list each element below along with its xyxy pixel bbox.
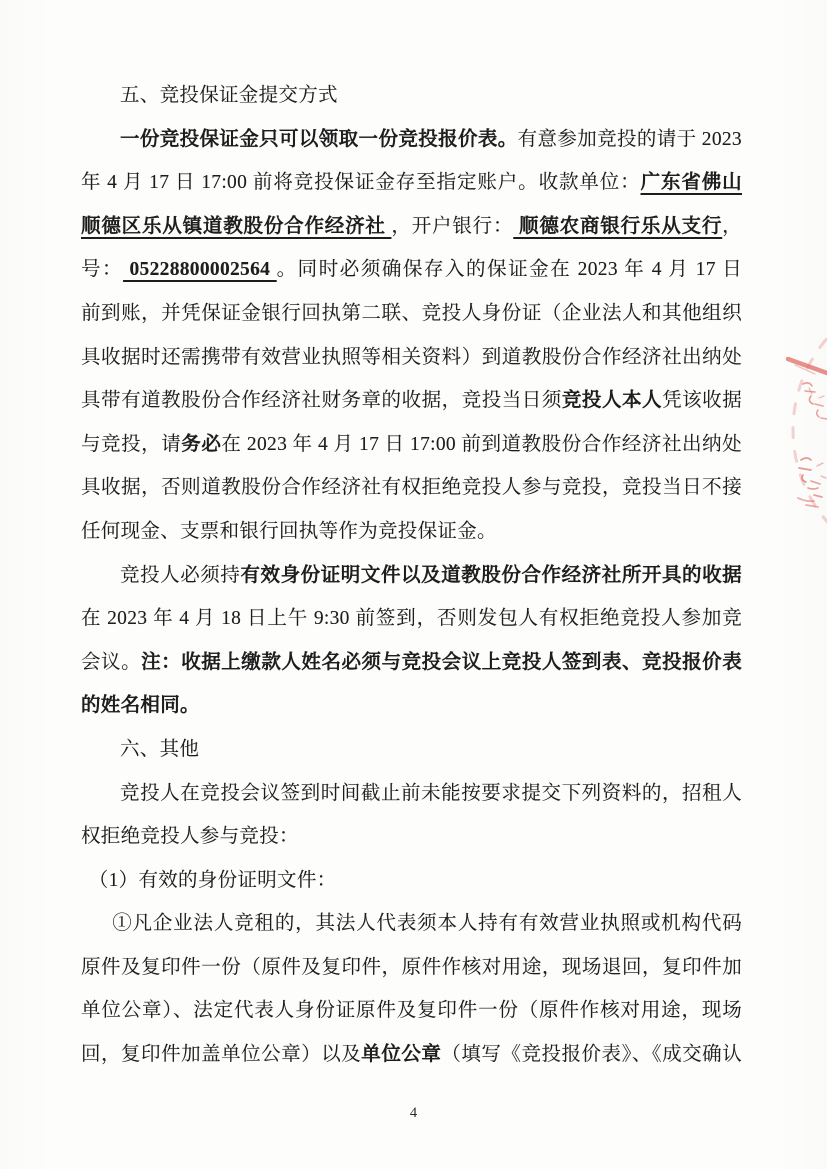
text-line: 单位公章）、法定代表人身份证原件及复印件一份（原件作核对用途，现场退 [81, 989, 742, 1033]
text-segment: 单位公章）、法定代表人身份证原件及复印件一份（原件作核对用途，现场退 [81, 1000, 742, 1033]
text-segment: 有效身份证明文件以及道教股份合作经济社所开具的收据 [240, 565, 742, 586]
text-segment: ，开户银行： [391, 216, 513, 237]
text-segment: 会议。 [81, 652, 141, 673]
text-segment: 注：收据上缴款人姓名必须与竞投会议上竞投人签到表、竞投报价表上 [81, 652, 742, 685]
text-line: 前到账，并凭保证金银行回执第二联、竞投人身份证（企业法人和其他组织开 [81, 292, 742, 336]
text-line: 任何现金、支票和银行回执等作为竞投保证金。 [81, 510, 742, 554]
text-segment: 具带有道教股份合作经济社财务章的收据，竞投当日须 [81, 390, 562, 411]
text-segment: 在 2023 年 4 月 18 日上午 9:30 前签到，否则发包人有权拒绝竞投… [81, 608, 742, 641]
red-seal-fragment-icon [781, 338, 827, 524]
text-line: 与竞投，请务必在 2023 年 4 月 17 日 17:00 前到道教股份合作经… [81, 423, 742, 467]
text-segment: 竞投人本人 [562, 390, 662, 411]
text-segment: 权拒绝竞投人参与竞投： [81, 826, 299, 847]
text-line: ①凡企业法人竞租的，其法人代表须本人持有有效营业执照或机构代码证 [81, 902, 742, 946]
text-segment: ①凡企业法人竞租的，其法人代表须本人持有有效营业执照或机构代码证 [112, 913, 742, 946]
text-segment: 顺德区乐从镇道教股份合作经济社 [81, 216, 391, 237]
text-line: 具带有道教股份合作经济社财务章的收据，竞投当日须竞投人本人凭该收据参 [81, 379, 742, 423]
text-segment: 具收据时还需携带有效营业执照等相关资料）到道教股份合作经济社出纳处开 [81, 347, 742, 380]
text-segment: 六、其他 [120, 739, 199, 760]
text-segment: 05228800002564 [123, 259, 277, 280]
text-segment: 号： [81, 259, 123, 280]
text-segment: 单位公章 [361, 1044, 441, 1065]
text-segment: 与竞投，请 [81, 434, 181, 455]
text-segment: 有意参加竞投的请于 2023 [518, 129, 742, 150]
text-line: 顺德区乐从镇道教股份合作经济社 ，开户银行： 顺德农商银行乐从支行，账 [81, 205, 742, 249]
text-line: 竞投人在竞投会议签到时间截止前未能按要求提交下列资料的，招租人有 [81, 772, 742, 816]
text-line: 一份竞投保证金只可以领取一份竞投报价表。有意参加竞投的请于 2023 [81, 118, 742, 162]
text-segment: 任何现金、支票和银行回执等作为竞投保证金。 [81, 521, 497, 542]
text-segment: （1）有效的身份证明文件： [89, 870, 337, 891]
text-line: 具收据时还需携带有效营业执照等相关资料）到道教股份合作经济社出纳处开 [81, 336, 742, 380]
text-line: 回，复印件加盖单位公章）以及单位公章（填写《竞投报价表》、《成交确认书》 [81, 1033, 742, 1077]
document-body: 五、竞投保证金提交方式一份竞投保证金只可以领取一份竞投报价表。有意参加竞投的请于… [81, 74, 742, 1077]
text-line: 具收据，否则道教股份合作经济社有权拒绝竞投人参与竞投，竞投当日不接受 [81, 466, 742, 510]
text-line: 竞投人必须持有效身份证明文件以及道教股份合作经济社所开具的收据 [81, 554, 742, 598]
text-line: 六、其他 [81, 728, 742, 772]
text-segment: 回，复印件加盖单位公章）以及 [81, 1044, 361, 1065]
text-line: 原件及复印件一份（原件及复印件，原件作核对用途，现场退回，复印件加盖 [81, 946, 742, 990]
text-segment: 的姓名相同。 [81, 695, 200, 716]
text-line: 会议。注：收据上缴款人姓名必须与竞投会议上竞投人签到表、竞投报价表上 [81, 641, 742, 685]
text-segment: 原件及复印件一份（原件及复印件，原件作核对用途，现场退回，复印件加盖 [81, 957, 742, 990]
text-segment: 年 4 月 17 日 17:00 前将竞投保证金存至指定账户。收款单位： [81, 172, 641, 193]
text-segment: 一份竞投保证金只可以领取一份竞投报价表。 [120, 129, 518, 150]
document-page: 五、竞投保证金提交方式一份竞投保证金只可以领取一份竞投报价表。有意参加竞投的请于… [0, 0, 827, 1169]
text-line: 的姓名相同。 [81, 684, 742, 728]
text-segment: 竞投人在竞投会议签到时间截止前未能按要求提交下列资料的，招租人有 [120, 783, 742, 816]
text-line: （1）有效的身份证明文件： [81, 859, 742, 903]
text-segment: 竞投人必须持 [120, 565, 240, 586]
text-segment: 前到账，并凭保证金银行回执第二联、竞投人身份证（企业法人和其他组织开 [81, 303, 742, 336]
text-segment: 顺德农商银行乐从支行 [513, 216, 722, 237]
text-line: 号： 05228800002564 。同时必须确保存入的保证金在 2023 年 … [81, 248, 742, 292]
text-line: 在 2023 年 4 月 18 日上午 9:30 前签到，否则发包人有权拒绝竞投… [81, 597, 742, 641]
text-segment: 具收据，否则道教股份合作经济社有权拒绝竞投人参与竞投，竞投当日不接受 [81, 477, 742, 510]
text-line: 年 4 月 17 日 17:00 前将竞投保证金存至指定账户。收款单位：广东省佛… [81, 161, 742, 205]
text-line: 权拒绝竞投人参与竞投： [81, 815, 742, 859]
text-line: 五、竞投保证金提交方式 [81, 74, 742, 118]
text-segment: 五、竞投保证金提交方式 [120, 85, 338, 106]
page-number: 4 [0, 1105, 827, 1122]
text-segment: 务必 [181, 434, 221, 455]
